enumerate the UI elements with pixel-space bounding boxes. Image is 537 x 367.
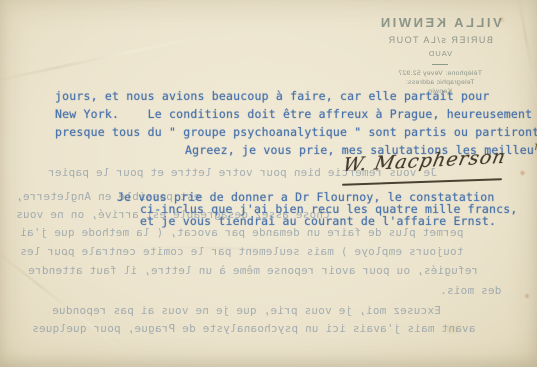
paper-crease [0,245,132,358]
typed-line: New York. Le conditions doit être affreu… [55,107,532,121]
bleed-through-line: refugiés, ou pour avoir reponse même à u… [28,264,478,277]
typed-line: jours, et nous avions beaucoup à faire, … [55,89,490,103]
letterhead: VILLA KENWIN BURIER s/LA TOUR VAUD Télép… [365,15,515,95]
fox-spot [519,170,526,176]
paper-crease [0,34,208,85]
signature-underline [342,178,502,185]
letterhead-telegraph-label: Telegraphic address: [365,79,515,86]
postscript-line: et je vous tiendrai au courant de l'affa… [140,214,496,228]
bleed-through-line: Excusez moi, je vous prie, que je ne vou… [52,304,441,317]
letterhead-villa-name: VILLA KENWIN [365,15,515,30]
letterhead-region: VAUD [365,49,515,58]
letter-scan: VILLA KENWIN BURIER s/LA TOUR VAUD Télép… [0,0,537,367]
letterhead-phone: Téléphone: Vevey 52.927 [365,70,515,77]
letterhead-address: BURIER s/LA TOUR [365,35,515,45]
bleed-through-line: des mois. [440,284,501,297]
bleed-through-line: avant mais j'avais ici un psychoanalyste… [32,322,475,335]
typed-line: presque tous du " groupe psychoanalytiqu… [55,125,537,139]
fox-spot [524,293,530,299]
letterhead-divider [432,64,448,65]
bleed-through-line: toujours employe ) mais seulement par le… [20,245,463,258]
